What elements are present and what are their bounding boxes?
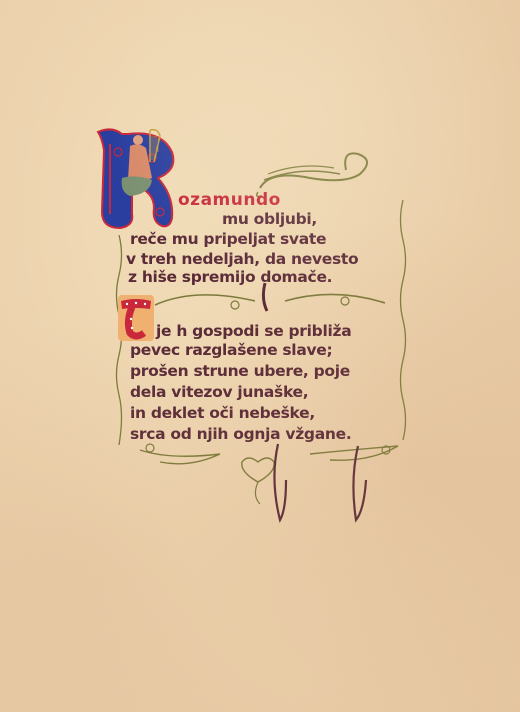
- manuscript-page: ozamundo mu obljubi, reče mu pripeljat s…: [0, 0, 520, 712]
- heart-flourish-ornament-icon: [130, 440, 410, 530]
- flourish-divider-icon: [145, 283, 395, 313]
- rubric-title-word: ozamundo: [178, 190, 281, 210]
- poem-line: in deklet oči nebeške,: [130, 404, 315, 422]
- poem-line: mu obljubi,: [222, 210, 317, 228]
- poem-line: v treh nedeljah, da nevesto: [126, 250, 358, 268]
- illuminated-initial-r-icon: [92, 122, 184, 234]
- poem-line: je h gospodi se približa: [156, 322, 351, 340]
- poem-line: reče mu pripeljat svate: [130, 230, 326, 248]
- poem-line: dela vitezov junaške,: [130, 383, 308, 401]
- poem-line: pevec razglašene slave;: [130, 341, 332, 359]
- poem-line: prošen strune ubere, poje: [130, 362, 350, 380]
- illuminated-initial-t-icon: [118, 295, 154, 341]
- vine-border-right-icon: [396, 200, 410, 440]
